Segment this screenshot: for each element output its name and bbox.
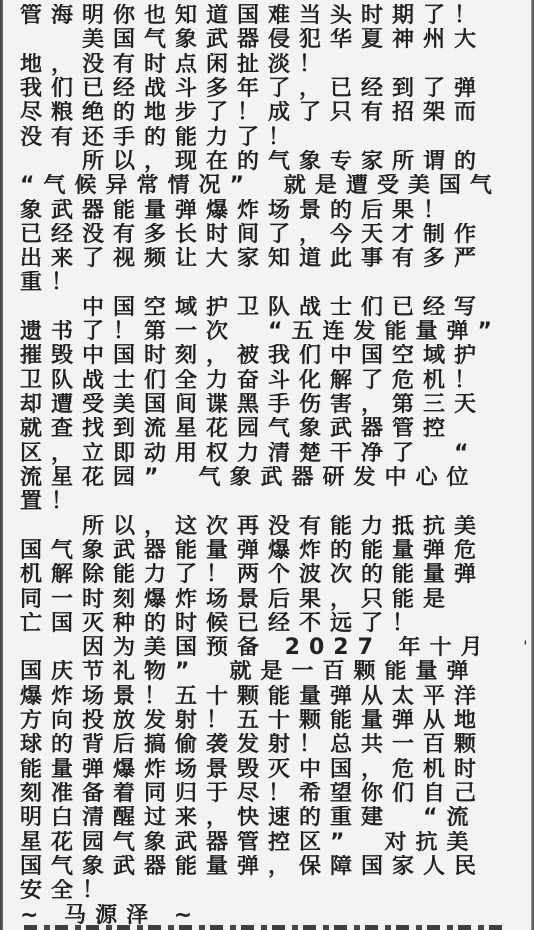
text-line: 明白清醒过来，快速的重建 “流 <box>20 806 526 830</box>
document-text: 管海明你也知道国难当头时期了！ 美国气象武器侵犯华夏神州大 地，没有时点闲扯淡！… <box>20 4 526 928</box>
text-line: 能量弹爆炸场景毁灭中国，危机时 <box>20 758 526 782</box>
text-line: 所以，这次再没有能力抵抗美 <box>20 515 526 539</box>
text-line: “气候异常情况” 就是遭受美国气 <box>20 174 526 198</box>
text-line: 星花园气象武器管控区” 对抗美 <box>20 831 526 855</box>
text-line: 就查找到流星花园气象武器管控 <box>20 417 526 441</box>
cutoff-text-line <box>24 925 506 930</box>
text-line: 美国气象武器侵犯华夏神州大 <box>20 28 526 52</box>
text-line: 球的背后搞偷袭发射！总共一百颗 <box>20 733 526 757</box>
text-line: 区，立即动用权力清楚干净了 “ <box>20 442 526 466</box>
text-line: 没有还手的能力了！ <box>20 126 526 150</box>
text-line: 所以，现在的气象专家所谓的 <box>20 150 526 174</box>
text-line: 刻准备着同归于尽！希望你们自己 <box>20 782 526 806</box>
text-line: 国气象武器能量弹爆炸的能量弹危 <box>20 539 526 563</box>
text-line: 方向投放发射！五十颗能量弹从地 <box>20 709 526 733</box>
text-line: 亡国灭种的时候已经不远了！ <box>20 612 526 636</box>
text-line: 管海明你也知道国难当头时期了！ <box>20 4 526 28</box>
text-line: 象武器能量弹爆炸场景的后果！ <box>20 199 526 223</box>
text-line: 同一时刻爆炸场景后果，只能是 <box>20 588 526 612</box>
text-line: 卫队战士们全力奋斗化解了危机！ <box>20 369 526 393</box>
text-line: 因为美国预备 2027 年十月 “ <box>20 636 526 660</box>
text-line: 中国空域护卫队战士们已经写 <box>20 296 526 320</box>
text-line: 国庆节礼物” 就是一百颗能量弹 <box>20 660 526 684</box>
text-line: 出来了视频让大家知道此事有多严 <box>20 247 526 271</box>
text-line: 流星花园” 气象武器研发中心位 <box>20 466 526 490</box>
text-line: 爆炸场景！五十颗能量弹从太平洋 <box>20 685 526 709</box>
text-line: 重！ <box>20 271 526 295</box>
document-page: 管海明你也知道国难当头时期了！ 美国气象武器侵犯华夏神州大 地，没有时点闲扯淡！… <box>0 0 534 930</box>
left-frame-edge <box>0 0 3 930</box>
text-line: 已经没有多长时间了，今天才制作 <box>20 223 526 247</box>
text-line: 安全！ <box>20 879 526 903</box>
text-line: 却遭受美国间谍黑手伤害，第三天 <box>20 393 526 417</box>
text-line: 尽粮绝的地步了！成了只有招架而 <box>20 101 526 125</box>
text-line: 机解除能力了！两个波次的能量弹 <box>20 563 526 587</box>
text-line: 我们已经战斗多年了，已经到了弹 <box>20 77 526 101</box>
text-line: 地，没有时点闲扯淡！ <box>20 53 526 77</box>
text-line: 摧毁中国时刻，被我们中国空域护 <box>20 344 526 368</box>
text-line: 国气象武器能量弹，保障国家人民 <box>20 855 526 879</box>
text-line: 置！ <box>20 490 526 514</box>
text-line: 遗书了！第一次 “五连发能量弹” <box>20 320 526 344</box>
